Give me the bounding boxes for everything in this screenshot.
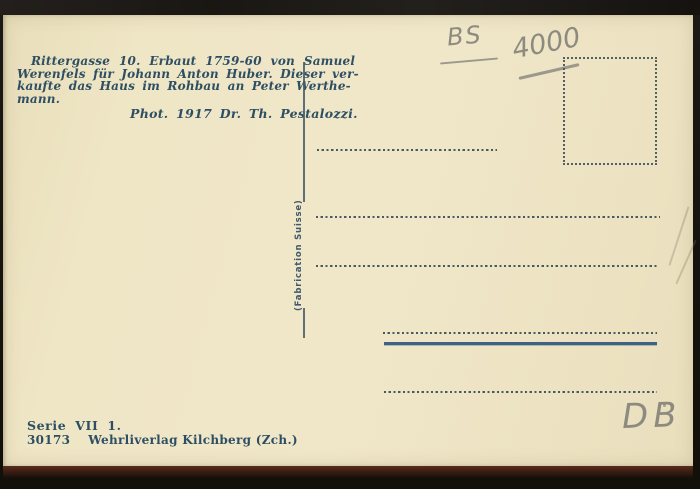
card-edge-shadow: [3, 466, 693, 478]
handwritten-code: DB: [621, 395, 682, 437]
speck-mark: [663, 404, 666, 407]
writing-line: [316, 216, 660, 218]
divider-rule-upper: [303, 62, 305, 202]
writing-line: [317, 149, 497, 151]
description-line: kaufte das Haus im Rohbau an Peter Werth…: [17, 80, 299, 93]
stamp-box: [563, 57, 657, 165]
description-paragraph: Rittergasse 10. Erbaut 1759-60 von Samue…: [17, 55, 299, 105]
publisher-name: Wehrliverlag Kilchberg (Zch.): [88, 433, 298, 447]
address-rule: [384, 342, 657, 345]
fabrication-suisse-label: (Fabrication Suisse): [292, 203, 306, 307]
writing-line: [384, 391, 657, 393]
publisher-number: 30173: [27, 433, 70, 447]
description-line: Rittergasse 10. Erbaut 1759-60 von Samue…: [17, 55, 299, 68]
divider-rule-lower: [303, 308, 305, 338]
handwritten-dealer-code: BS: [446, 20, 484, 51]
photo-credit: Phot. 1917 Dr. Th. Pestalozzi.: [130, 106, 358, 121]
description-line: mann.: [17, 93, 299, 106]
writing-line: [383, 332, 657, 334]
series-label: Serie VII 1.: [27, 418, 122, 433]
writing-line: [316, 265, 658, 267]
publisher-imprint: 30173Wehrliverlag Kilchberg (Zch.): [27, 433, 298, 447]
